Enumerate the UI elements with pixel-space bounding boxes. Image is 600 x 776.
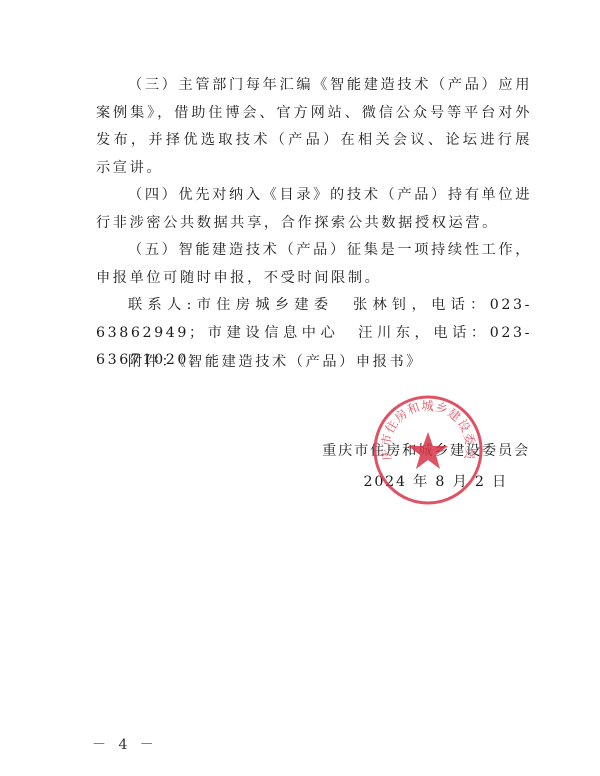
paragraph-item-5: （五）智能建造技术（产品）征集是一项持续性工作，申报单位可随时申报，不受时间限制… [96, 237, 532, 292]
document-page: （三）主管部门每年汇编《智能建造技术（产品）应用案例集》，借助住博会、官方网站、… [0, 0, 600, 776]
official-seal-icon: 重庆市住房和城乡建设委员会 [372, 394, 484, 506]
body-text: （三）主管部门每年汇编《智能建造技术（产品）应用案例集》，借助住博会、官方网站、… [96, 72, 532, 375]
page-number: － 4 － [92, 734, 158, 754]
paragraph-item-4: （四）优先对纳入《目录》的技术（产品）持有单位进行非涉密公共数据共享，合作探索公… [96, 182, 532, 237]
attachment-line: 附件：《智能建造技术（产品）申报书》 [128, 351, 423, 371]
paragraph-item-3: （三）主管部门每年汇编《智能建造技术（产品）应用案例集》，借助住博会、官方网站、… [96, 72, 532, 182]
